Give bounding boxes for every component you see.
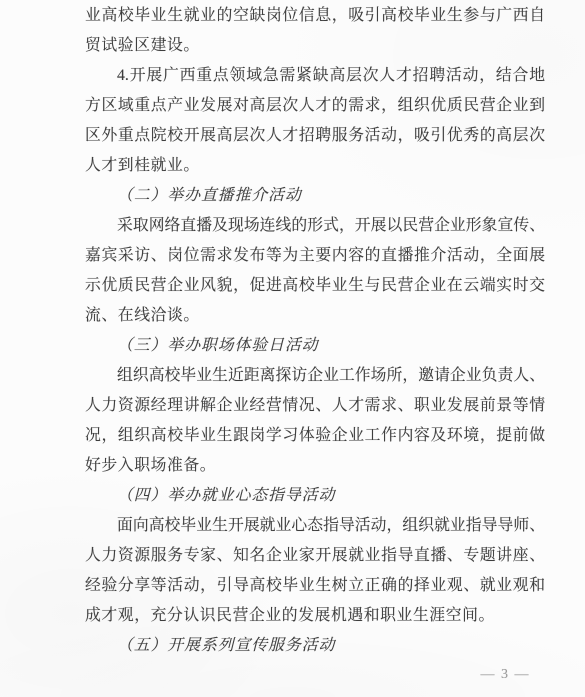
document-line: 区外重点院校开展高层次人才招聘服务活动，吸引优秀的高层次 xyxy=(85,121,545,151)
document-line: 人才到桂就业。 xyxy=(85,151,545,181)
document-line: 贸试验区建设。 xyxy=(85,31,545,61)
document-line: 示优质民营企业风貌，促进高校毕业生与民营企业在云端实时交 xyxy=(85,271,545,301)
document-heading-line: （五）开展系列宣传服务活动 xyxy=(85,631,545,661)
document-line: 人力资源经理讲解企业经营情况、人才需求、职业发展前景等情 xyxy=(85,391,545,421)
document-heading-line: （四）举办就业心态指导活动 xyxy=(85,481,545,511)
document-page: 业高校毕业生就业的空缺岗位信息，吸引高校毕业生参与广西自贸试验区建设。4.开展广… xyxy=(0,0,585,697)
document-line: 成才观，充分认识民营企业的发展机遇和职业生涯空间。 xyxy=(85,601,545,631)
document-line: 业高校毕业生就业的空缺岗位信息，吸引高校毕业生参与广西自 xyxy=(85,1,545,31)
page-number: — 3 — xyxy=(481,667,531,682)
document-line: 人力资源服务专家、知名企业家开展就业指导直播、专题讲座、 xyxy=(85,541,545,571)
document-body: 业高校毕业生就业的空缺岗位信息，吸引高校毕业生参与广西自贸试验区建设。4.开展广… xyxy=(85,1,545,661)
document-line: 组织高校毕业生近距离探访企业工作场所，邀请企业负责人、 xyxy=(85,361,545,391)
document-line: 方区域重点产业发展对高层次人才的需求，组织优质民营企业到 xyxy=(85,91,545,121)
document-heading-line: （二）举办直播推介活动 xyxy=(85,181,545,211)
document-line: 流、在线洽谈。 xyxy=(85,301,545,331)
document-line: 面向高校毕业生开展就业心态指导活动，组织就业指导导师、 xyxy=(85,511,545,541)
document-line: 经验分享等活动，引导高校毕业生树立正确的择业观、就业观和 xyxy=(85,571,545,601)
document-line: 嘉宾采访、岗位需求发布等为主要内容的直播推介活动，全面展 xyxy=(85,241,545,271)
document-line: 4.开展广西重点领域急需紧缺高层次人才招聘活动，结合地 xyxy=(85,61,545,91)
document-line: 况，组织高校毕业生跟岗学习体验企业工作内容及环境，提前做 xyxy=(85,421,545,451)
document-heading-line: （三）举办职场体验日活动 xyxy=(85,331,545,361)
document-line: 好步入职场准备。 xyxy=(85,451,545,481)
document-line: 采取网络直播及现场连线的形式，开展以民营企业形象宣传、 xyxy=(85,211,545,241)
page-footer: — 3 — xyxy=(481,664,531,686)
